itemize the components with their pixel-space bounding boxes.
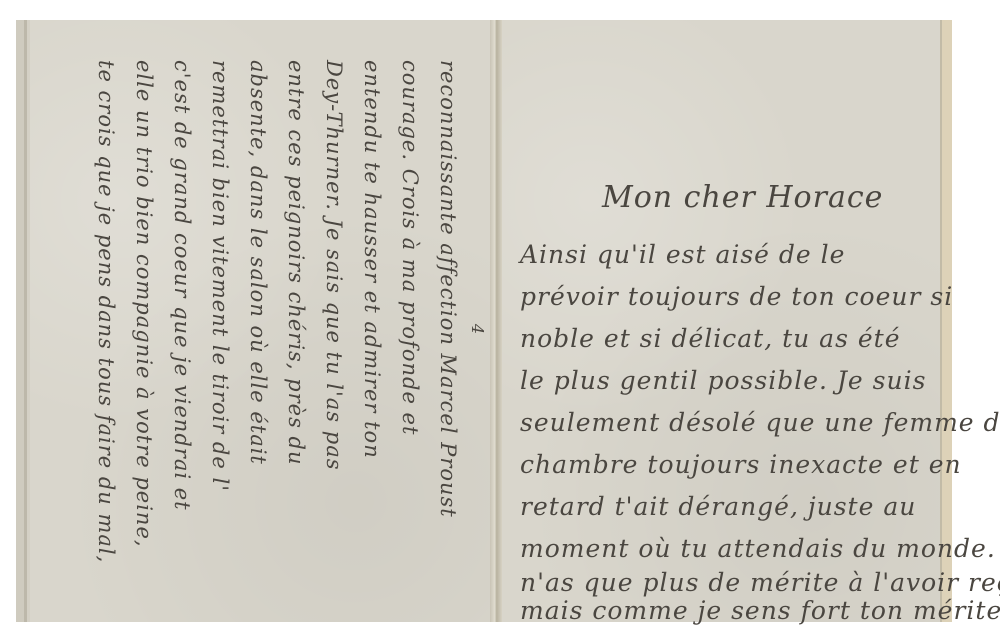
left-page-text: te crois que je pens dans tous faire du … [24, 20, 498, 622]
left-line-9: courage. Crois à ma profonde et [399, 60, 420, 435]
right-line-10: mais comme je sens fort ton mérite et ta… [520, 596, 1000, 625]
notebook-spread: te crois que je pens dans tous faire du … [16, 20, 976, 622]
right-line-2: prévoir toujours de ton coeur si [520, 282, 953, 311]
left-line-10: reconnaissante affection Marcel Proust [437, 60, 458, 518]
left-line-8: entendu te hausser et admirer ton [361, 60, 382, 459]
left-line-5: absente, dans le salon où elle était [247, 60, 268, 465]
left-line-6: entre ces peignoirs chéris, près du [285, 60, 306, 466]
right-page: Mon cher Horace Ainsi qu'il est aisé de … [502, 20, 952, 622]
right-line-6: chambre toujours inexacte et en [520, 450, 962, 479]
left-line-7: Dey-Thurner. Je sais que tu l'as pas [323, 60, 344, 471]
right-line-8: moment où tu attendais du monde. Tu [520, 534, 1000, 563]
book-gutter [490, 20, 502, 622]
right-line-3: noble et si délicat, tu as été [520, 324, 901, 353]
left-line-4: remettrai bien vitement le tiroir de l' [209, 60, 230, 492]
left-line-3: c'est de grand coeur que je viendrai et [171, 60, 192, 511]
right-line-5: seulement désolé que une femme de [520, 408, 1000, 437]
left-line-1: te crois que je pens dans tous faire du … [95, 60, 116, 563]
left-line-2: elle un trio bien compagnie à votre pein… [133, 60, 154, 548]
right-line-1: Ainsi qu'il est aisé de le [520, 240, 845, 269]
page-number: 4 [468, 324, 487, 335]
right-line-7: retard t'ait dérangé, juste au [520, 492, 916, 521]
left-page: te crois que je pens dans tous faire du … [16, 20, 498, 622]
right-line-9: n'as que plus de mérite à l'avoir reçu [520, 568, 1000, 597]
salutation: Mon cher Horace [602, 180, 883, 215]
right-line-4: le plus gentil possible. Je suis [520, 366, 926, 395]
